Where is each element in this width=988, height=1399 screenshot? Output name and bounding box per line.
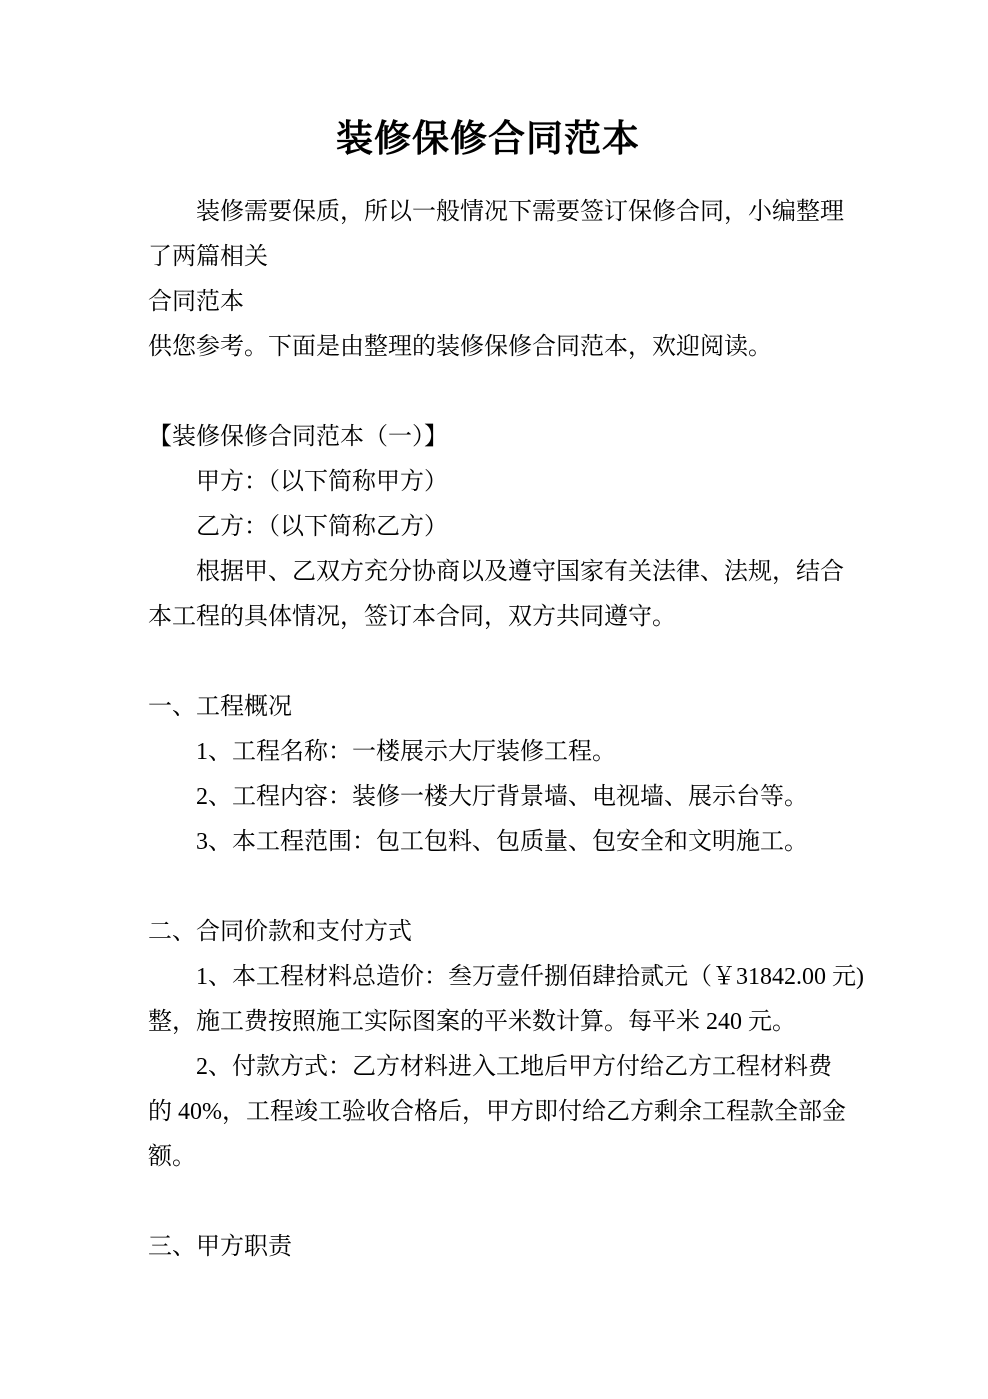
section-1-item-3: 3、本工程范围：包工包料、包质量、包安全和文明施工。: [148, 820, 828, 865]
intro-paragraph-line-2: 了两篇相关: [148, 235, 828, 280]
intro-paragraph-line-1: 装修需要保质，所以一般情况下需要签订保修合同，小编整理: [148, 190, 828, 235]
section-2-item-2-line-3: 额。: [148, 1135, 828, 1180]
document-title-text: 装修保修合同范本: [336, 119, 640, 160]
section-2-item-1-line-1: 1、本工程材料总造价：叁万壹仟捌佰肆拾贰元（￥31842.00 元): [148, 955, 828, 1000]
document-page: 装修保修合同范本 装修需要保质，所以一般情况下需要签订保修合同，小编整理 了两篇…: [0, 0, 988, 1399]
section-1-item-2: 2、工程内容：装修一楼大厅背景墙、电视墙、展示台等。: [148, 775, 828, 820]
party-a-line: 甲方：（以下简称甲方）: [148, 460, 828, 505]
section-1-item-1: 1、工程名称：一楼展示大厅装修工程。: [148, 730, 828, 775]
section-3-heading: 三、甲方职责: [148, 1225, 828, 1270]
party-b-line: 乙方：（以下简称乙方）: [148, 505, 828, 550]
preamble-line-1: 根据甲、乙双方充分协商以及遵守国家有关法律、法规，结合: [148, 550, 828, 595]
section-2-item-1-line-2: 整，施工费按照施工实际图案的平米数计算。每平米 240 元。: [148, 1000, 828, 1045]
document-title: 装修保修合同范本: [148, 112, 828, 168]
section-1-heading: 一、工程概况: [148, 685, 828, 730]
intro-paragraph-line-3: 合同范本: [148, 280, 828, 325]
section-2-heading: 二、合同价款和支付方式: [148, 910, 828, 955]
section-2-item-2-line-1: 2、付款方式：乙方材料进入工地后甲方付给乙方工程材料费: [148, 1045, 828, 1090]
preamble-line-2: 本工程的具体情况，签订本合同，双方共同遵守。: [148, 595, 828, 640]
intro-paragraph-line-4: 供您参考。下面是由整理的装修保修合同范本，欢迎阅读。: [148, 325, 828, 370]
section-2-item-2-line-2: 的 40%，工程竣工验收合格后，甲方即付给乙方剩余工程款全部金: [148, 1090, 828, 1135]
template-1-heading: 【装修保修合同范本（一）】: [148, 415, 828, 460]
